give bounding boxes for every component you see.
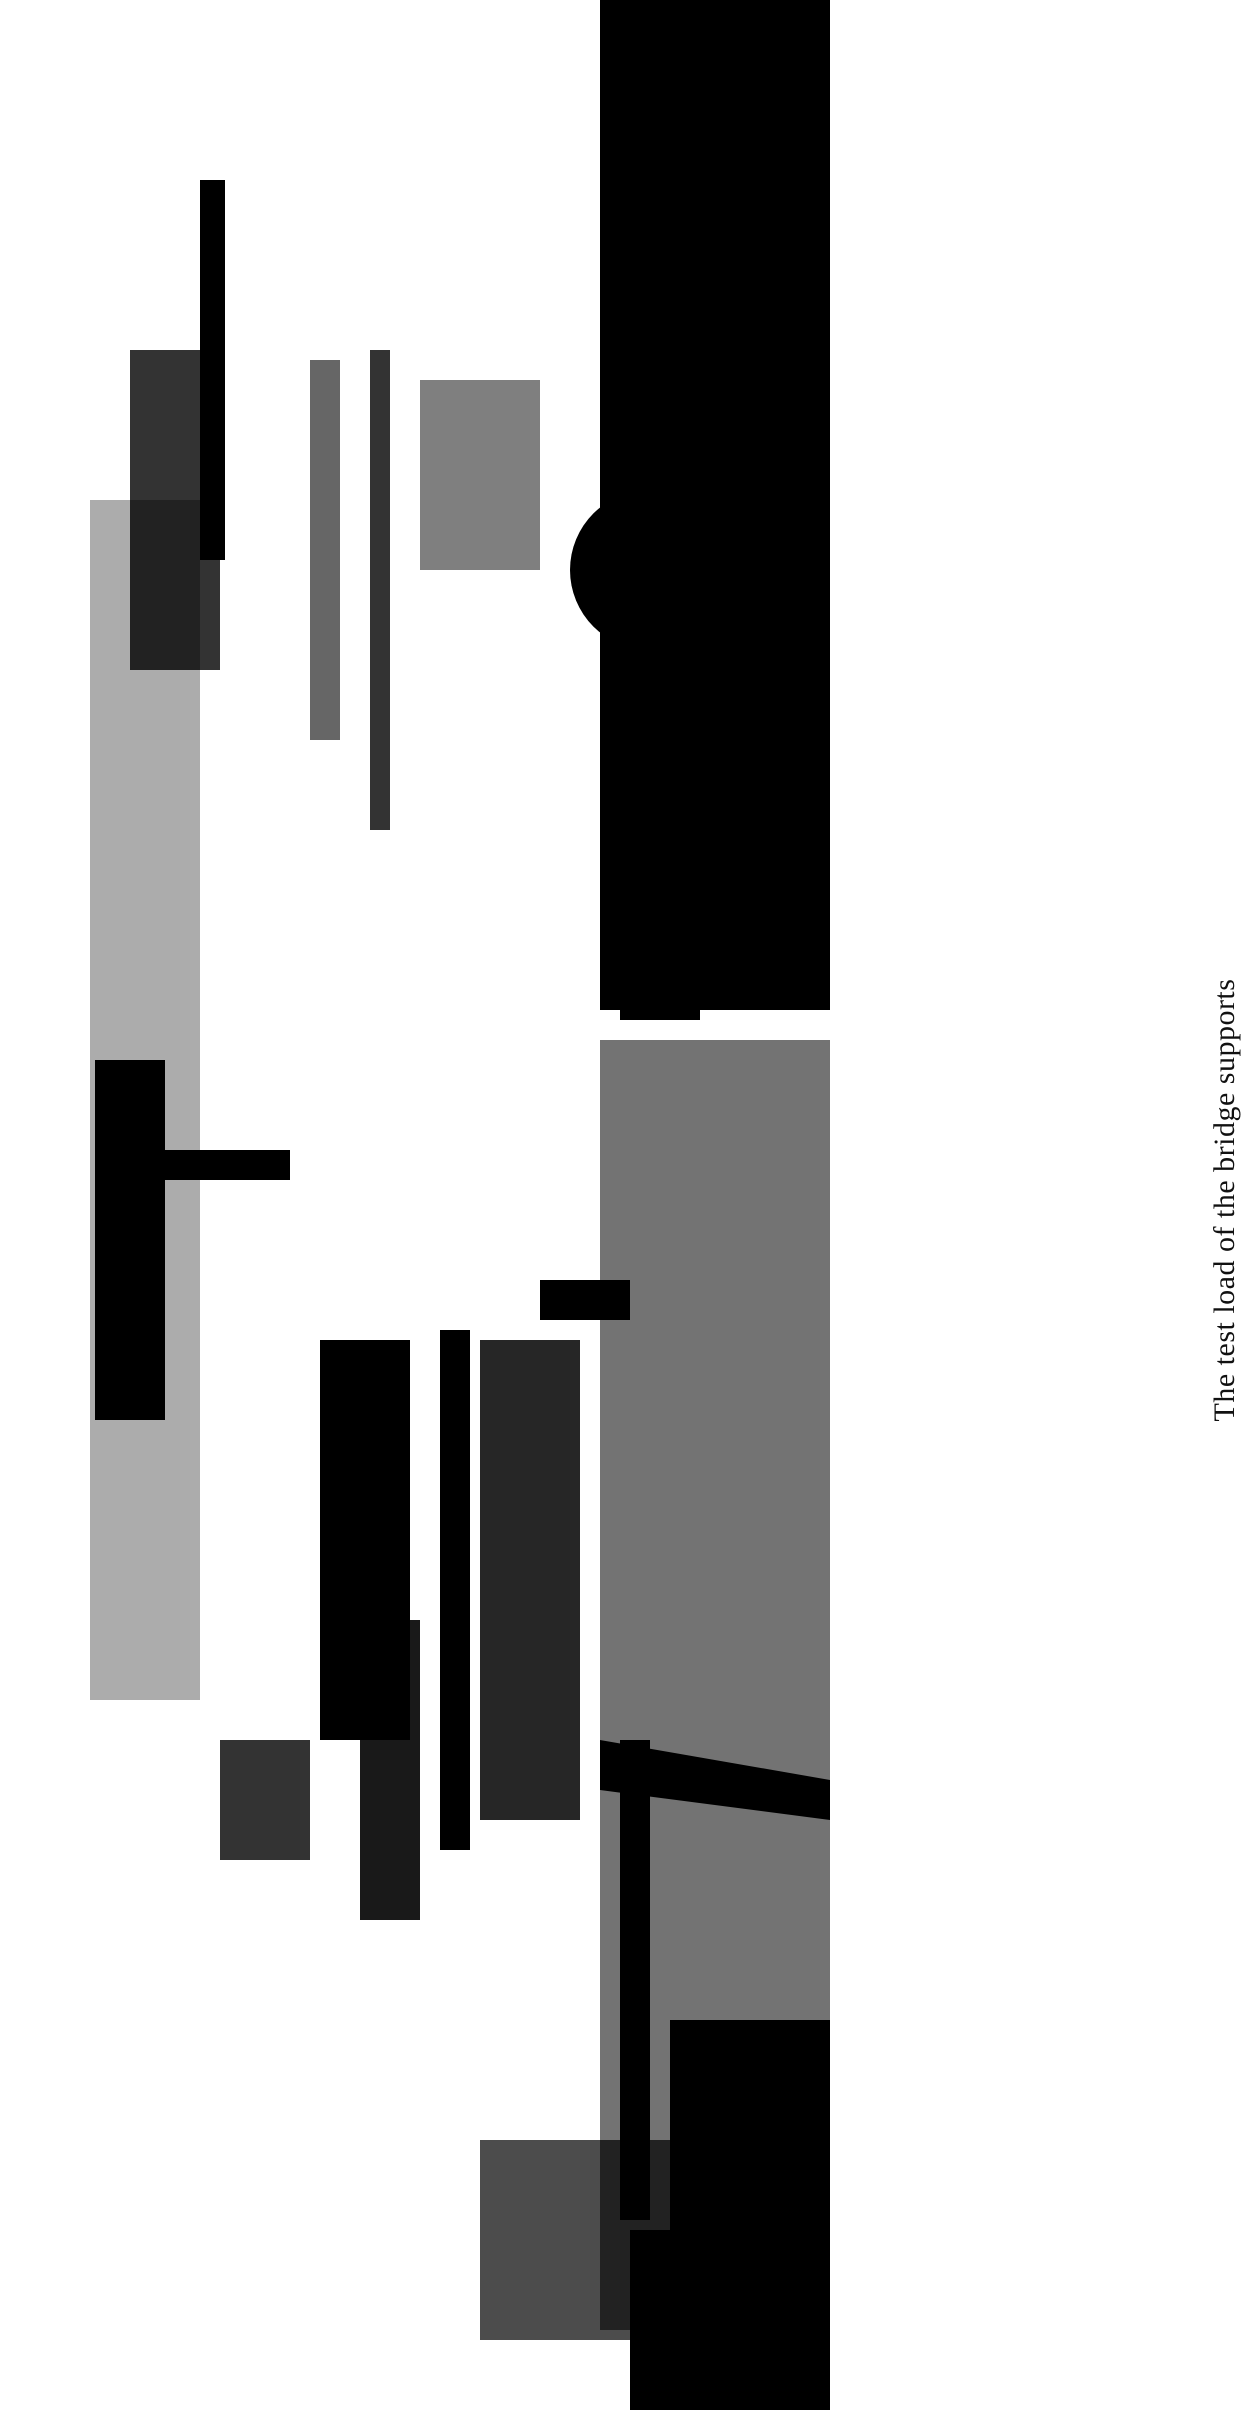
photo-halftone-rendering	[60, 0, 1195, 2414]
figure-caption: The test load of the bridge supports	[1208, 979, 1242, 1422]
book-page: The test load of the bridge supports	[0, 0, 1255, 2414]
caption-container: The test load of the bridge supports	[1205, 880, 1245, 1520]
bridge-test-load-photo	[60, 0, 1195, 2414]
